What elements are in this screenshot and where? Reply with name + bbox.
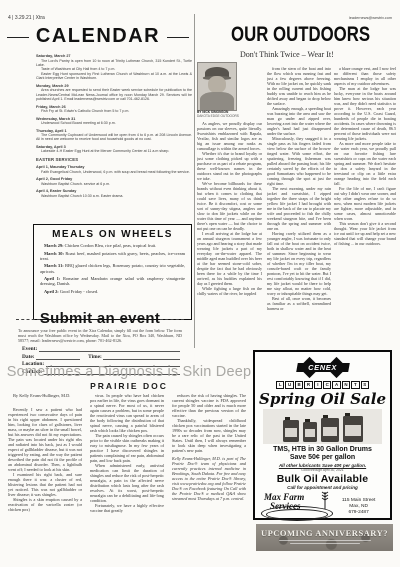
meal-date: March 29: — [44, 243, 64, 248]
article-paragraph: For the life of me, I can't figure out w… — [334, 186, 396, 221]
article-paragraph: As anglers, we proudly display our passi… — [197, 121, 262, 151]
event-blank-line — [39, 347, 180, 352]
calendar-listing: Saturday, March 27 The Lord's Pantry is … — [36, 51, 192, 221]
dealer-row: Max Farm Services 115 Main Street Max, N… — [261, 492, 384, 522]
columnist-photo — [197, 62, 237, 111]
date-label: Date: — [22, 354, 35, 360]
meal-date: April 2: — [44, 289, 59, 294]
submit-event-intro: To announce your free public event in th… — [18, 329, 182, 343]
bulk-oil-title: Bulk Oil Available — [255, 473, 390, 485]
outdoors-column-2: from the stern of the boat and into the … — [267, 66, 331, 347]
oil-jug — [343, 416, 363, 442]
article-paragraph: While fighting a large fish on the chill… — [197, 286, 262, 296]
article-paragraph: Fortunately, we have a highly effective … — [90, 503, 164, 513]
article-paragraph: I examined his right back, and sure enou… — [8, 472, 82, 497]
calendar-item: The Community Cupboard of Underwood will… — [36, 133, 192, 142]
article-paragraph: I recall arriving at the lodge bar at an… — [197, 231, 262, 286]
calendar-item: Lakeside 4-H Easter Egg Hunt at the Merc… — [36, 149, 192, 153]
anniversary-banner: UPCOMING ANNIVERSARY? — [256, 524, 393, 551]
ad-savings-line: Save 50¢ per gallon — [255, 454, 390, 462]
calendar-item: Easter Egg Hunt sponsored by First Luthe… — [36, 72, 192, 81]
event-label: Event: — [22, 346, 37, 352]
ad-product-line: TMS, HTB in 30 Gallon Drums — [255, 446, 390, 454]
lubricants-letter-row: LUBRICANTS — [255, 381, 390, 389]
form-row-date-time: Date: Time: — [22, 353, 180, 359]
article-paragraph: Shingles is a skin eruption caused by a … — [8, 497, 82, 512]
banner-subtext-line — [279, 540, 371, 542]
article-paragraph: a blaze orange vest, and I now feel no d… — [334, 66, 396, 86]
article-paragraph: reduces the risk of having shingles. The… — [172, 393, 246, 418]
ad-valid-dates: Good through April 30, 2021 — [255, 468, 390, 472]
oil-jug — [283, 420, 299, 442]
meal-entry: April 2: Good Friday - closed. — [40, 289, 185, 294]
edition-info: 4 | 3.29.21 | Xtra — [8, 15, 45, 21]
newspaper-page: 4 | 3.29.21 | Xtra CALENDAR Saturday, Ma… — [0, 0, 400, 567]
prairie-doc-column-2: virus. In people who have had chicken po… — [90, 393, 164, 565]
article-paragraph: As more and more people take to the wate… — [334, 141, 396, 186]
calendar-item: Area churches are requested to send thei… — [36, 88, 192, 101]
cenex-advertisement: CENEX LUBRICANTS Spring Oil Sale TMS, HT… — [253, 350, 392, 520]
article-paragraph: The pain caused by shingles often occurs… — [90, 433, 164, 463]
time-label: Time: — [88, 354, 102, 360]
easter-item: Washburn Baptist Church 10:30 a.m. Easte… — [36, 194, 192, 198]
prairie-doc-byline: By Kelly Evans-Hullinger, M.D. — [8, 393, 82, 398]
form-row-event: Event: — [22, 345, 180, 351]
outdoors-column-3: a blaze orange vest, and I now feel no d… — [334, 66, 396, 347]
dealer-address: 115 Main Street Max, ND 679-2487 — [333, 498, 384, 516]
date-blank-line — [36, 355, 80, 360]
article-paragraph: The next morning, under my rain jacket a… — [267, 186, 331, 231]
prairie-doc-column-3: reduces the risk of having shingles. The… — [172, 393, 246, 565]
dealer-name-line2: Services — [270, 501, 301, 511]
calendar-item: Fish Fry at St. Edwin's Catholic Church … — [36, 109, 192, 113]
torso-shape — [200, 92, 234, 110]
author-bio: Kelly Evans-Hullinger, M.D. is part of T… — [172, 456, 246, 501]
cenex-logo-icon: CENEX — [297, 355, 349, 380]
article-paragraph: This season don't give it a second thoug… — [334, 221, 396, 246]
submit-rule-left — [16, 319, 40, 320]
article-paragraph: Amazingly enough, a speeding boat was bu… — [267, 106, 331, 136]
outdoors-column-1: As anglers, we proudly display our passi… — [197, 121, 262, 347]
article-paragraph: Best of all, once worn, it becomes as fa… — [267, 296, 331, 311]
contact-email: leadernews@westriv.com — [300, 16, 392, 20]
spring-oil-sale-title: Spring Oil Sale — [255, 391, 390, 407]
article-paragraph: Having rarely utilized them as a younger… — [267, 231, 331, 296]
article-paragraph: Thankfully, widespread childhood chicken… — [172, 418, 246, 453]
meal-text: Chicken Cordon Bleu, rice pilaf, peas, t… — [65, 243, 157, 248]
oil-jugs-image — [263, 409, 382, 444]
banner-subtext-line — [290, 543, 360, 545]
dealer-name-line1: Max Farm — [264, 492, 304, 502]
meal-entry: March 31: BBQ glazed chicken legs, Rosem… — [40, 263, 185, 273]
address-phone: 679-2487 — [333, 510, 384, 516]
meal-entry: March 30: Roast beef, mashed potatoes wi… — [40, 251, 185, 261]
calendar-rule-left — [7, 37, 29, 38]
easter-services-title: EASTER SERVICES — [36, 158, 192, 162]
article-paragraph: We've become billboards for these brands… — [197, 181, 262, 231]
face-shape — [208, 76, 226, 93]
calendar-item: Underwood School Board meeting at 6:30 p… — [36, 121, 192, 125]
max-farm-services-logo: Max Farm Services — [261, 492, 333, 522]
article-paragraph: When administered early, antiviral medic… — [90, 463, 164, 503]
article-paragraph: from the stern of the boat and into the … — [267, 66, 331, 106]
anniversary-banner-title: UPCOMING ANNIVERSARY? — [256, 528, 393, 538]
time-blank-line — [103, 355, 180, 360]
meals-on-wheels-title: MEALS ON WHEELS — [40, 229, 185, 240]
our-outdoors-subtitle: Don't Think Twice – Wear It! — [240, 50, 334, 59]
submit-rule-right — [160, 319, 184, 320]
calendar-item: The Lord's Pantry is open from 10 to noo… — [36, 59, 192, 68]
our-outdoors-headline: OUR OUTDOORS — [231, 23, 370, 46]
meal-text: Romaine and Mandarin orange salad with r… — [40, 276, 185, 286]
meal-entry: March 29: Chicken Cordon Bleu, rice pila… — [40, 243, 185, 248]
prairie-doc-headline: Sometimes a Diagnosis is Skin Deep — [0, 364, 258, 380]
prairie-doc-column-1: By Kelly Evans-Hullinger, M.D. Recently … — [8, 393, 82, 565]
calendar-title: CALENDAR — [36, 25, 160, 47]
article-paragraph: Whether it's due to brand loyalty or jus… — [197, 151, 262, 181]
oil-jug — [321, 418, 339, 442]
calendar-header: CALENDAR — [0, 24, 196, 48]
meal-entry: April 1: Romaine and Mandarin orange sal… — [40, 276, 185, 286]
cenex-brand: CENEX — [297, 363, 349, 372]
column-divider — [194, 14, 195, 348]
calendar-rule-right — [167, 37, 189, 38]
article-paragraph: The man at the lodge bar was lucky, ever… — [334, 86, 396, 141]
submit-event-title: Submit an event — [40, 311, 160, 327]
meal-text: Good Friday - closed. — [60, 289, 98, 294]
article-paragraph: Recently I saw a patient who had experie… — [8, 407, 82, 472]
meals-on-wheels-box: MEALS ON WHEELS March 29: Chicken Cordon… — [33, 224, 192, 320]
oil-jug — [303, 422, 317, 442]
easter-item: Washburn Baptist Church. service at 6 p.… — [36, 182, 192, 186]
prairie-doc-kicker: PRAIRIE DOC — [0, 381, 258, 391]
article-paragraph: Miraculously, they snagged it in a singl… — [267, 136, 331, 186]
wheat-icon — [319, 490, 331, 510]
article-paragraph: virus. In people who have had chicken po… — [90, 393, 164, 433]
photo-credit-org: DAKOTA EDGE OUTDOORS — [197, 115, 239, 119]
easter-item: Faith Evangelical Church, Underwood, 6 p… — [36, 170, 192, 174]
